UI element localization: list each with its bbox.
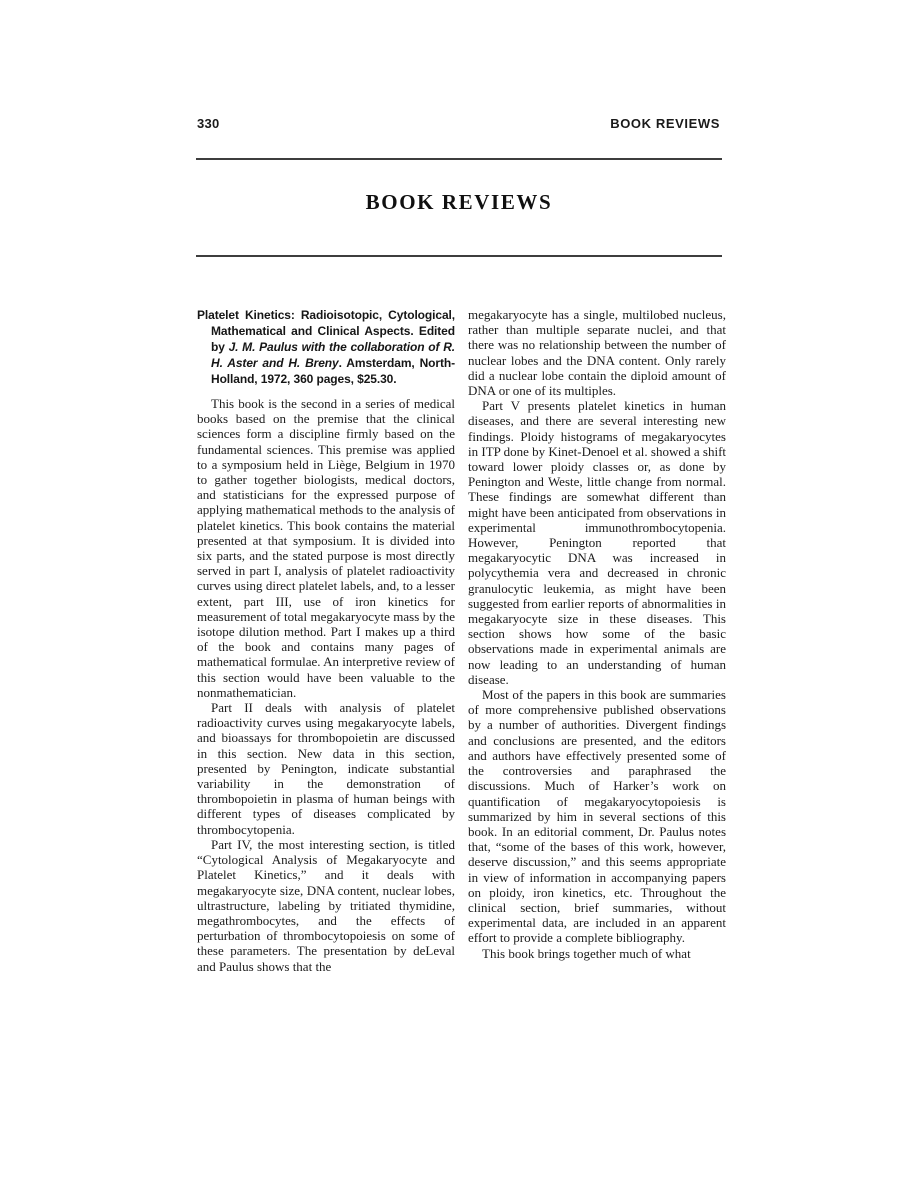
review-paragraph: Part V presents platelet kinetics in hum… [468,398,726,687]
review-paragraph: Most of the papers in this book are summ… [468,687,726,945]
horizontal-rule-below-title [196,255,722,257]
review-paragraph: Part II deals with analysis of platelet … [197,700,455,837]
two-column-text-block: Platelet Kinetics: Radioisotopic, Cytolo… [197,307,726,974]
journal-page: 330 BOOK REVIEWS BOOK REVIEWS Platelet K… [0,0,918,1188]
section-title: BOOK REVIEWS [196,190,722,215]
left-column: Platelet Kinetics: Radioisotopic, Cytolo… [197,307,455,974]
running-head: 330 BOOK REVIEWS [197,116,720,131]
review-paragraph-continuation: megakaryocyte has a single, multilobed n… [468,307,726,398]
review-paragraph: Part IV, the most interesting section, i… [197,837,455,974]
page-number: 330 [197,116,220,131]
right-column: megakaryocyte has a single, multilobed n… [468,307,726,974]
review-paragraph: This book is the second in a series of m… [197,396,455,700]
horizontal-rule-top [196,158,722,160]
review-paragraph: This book brings together much of what [468,946,726,961]
book-citation: Platelet Kinetics: Radioisotopic, Cytolo… [197,307,455,387]
running-header-title: BOOK REVIEWS [610,116,720,131]
